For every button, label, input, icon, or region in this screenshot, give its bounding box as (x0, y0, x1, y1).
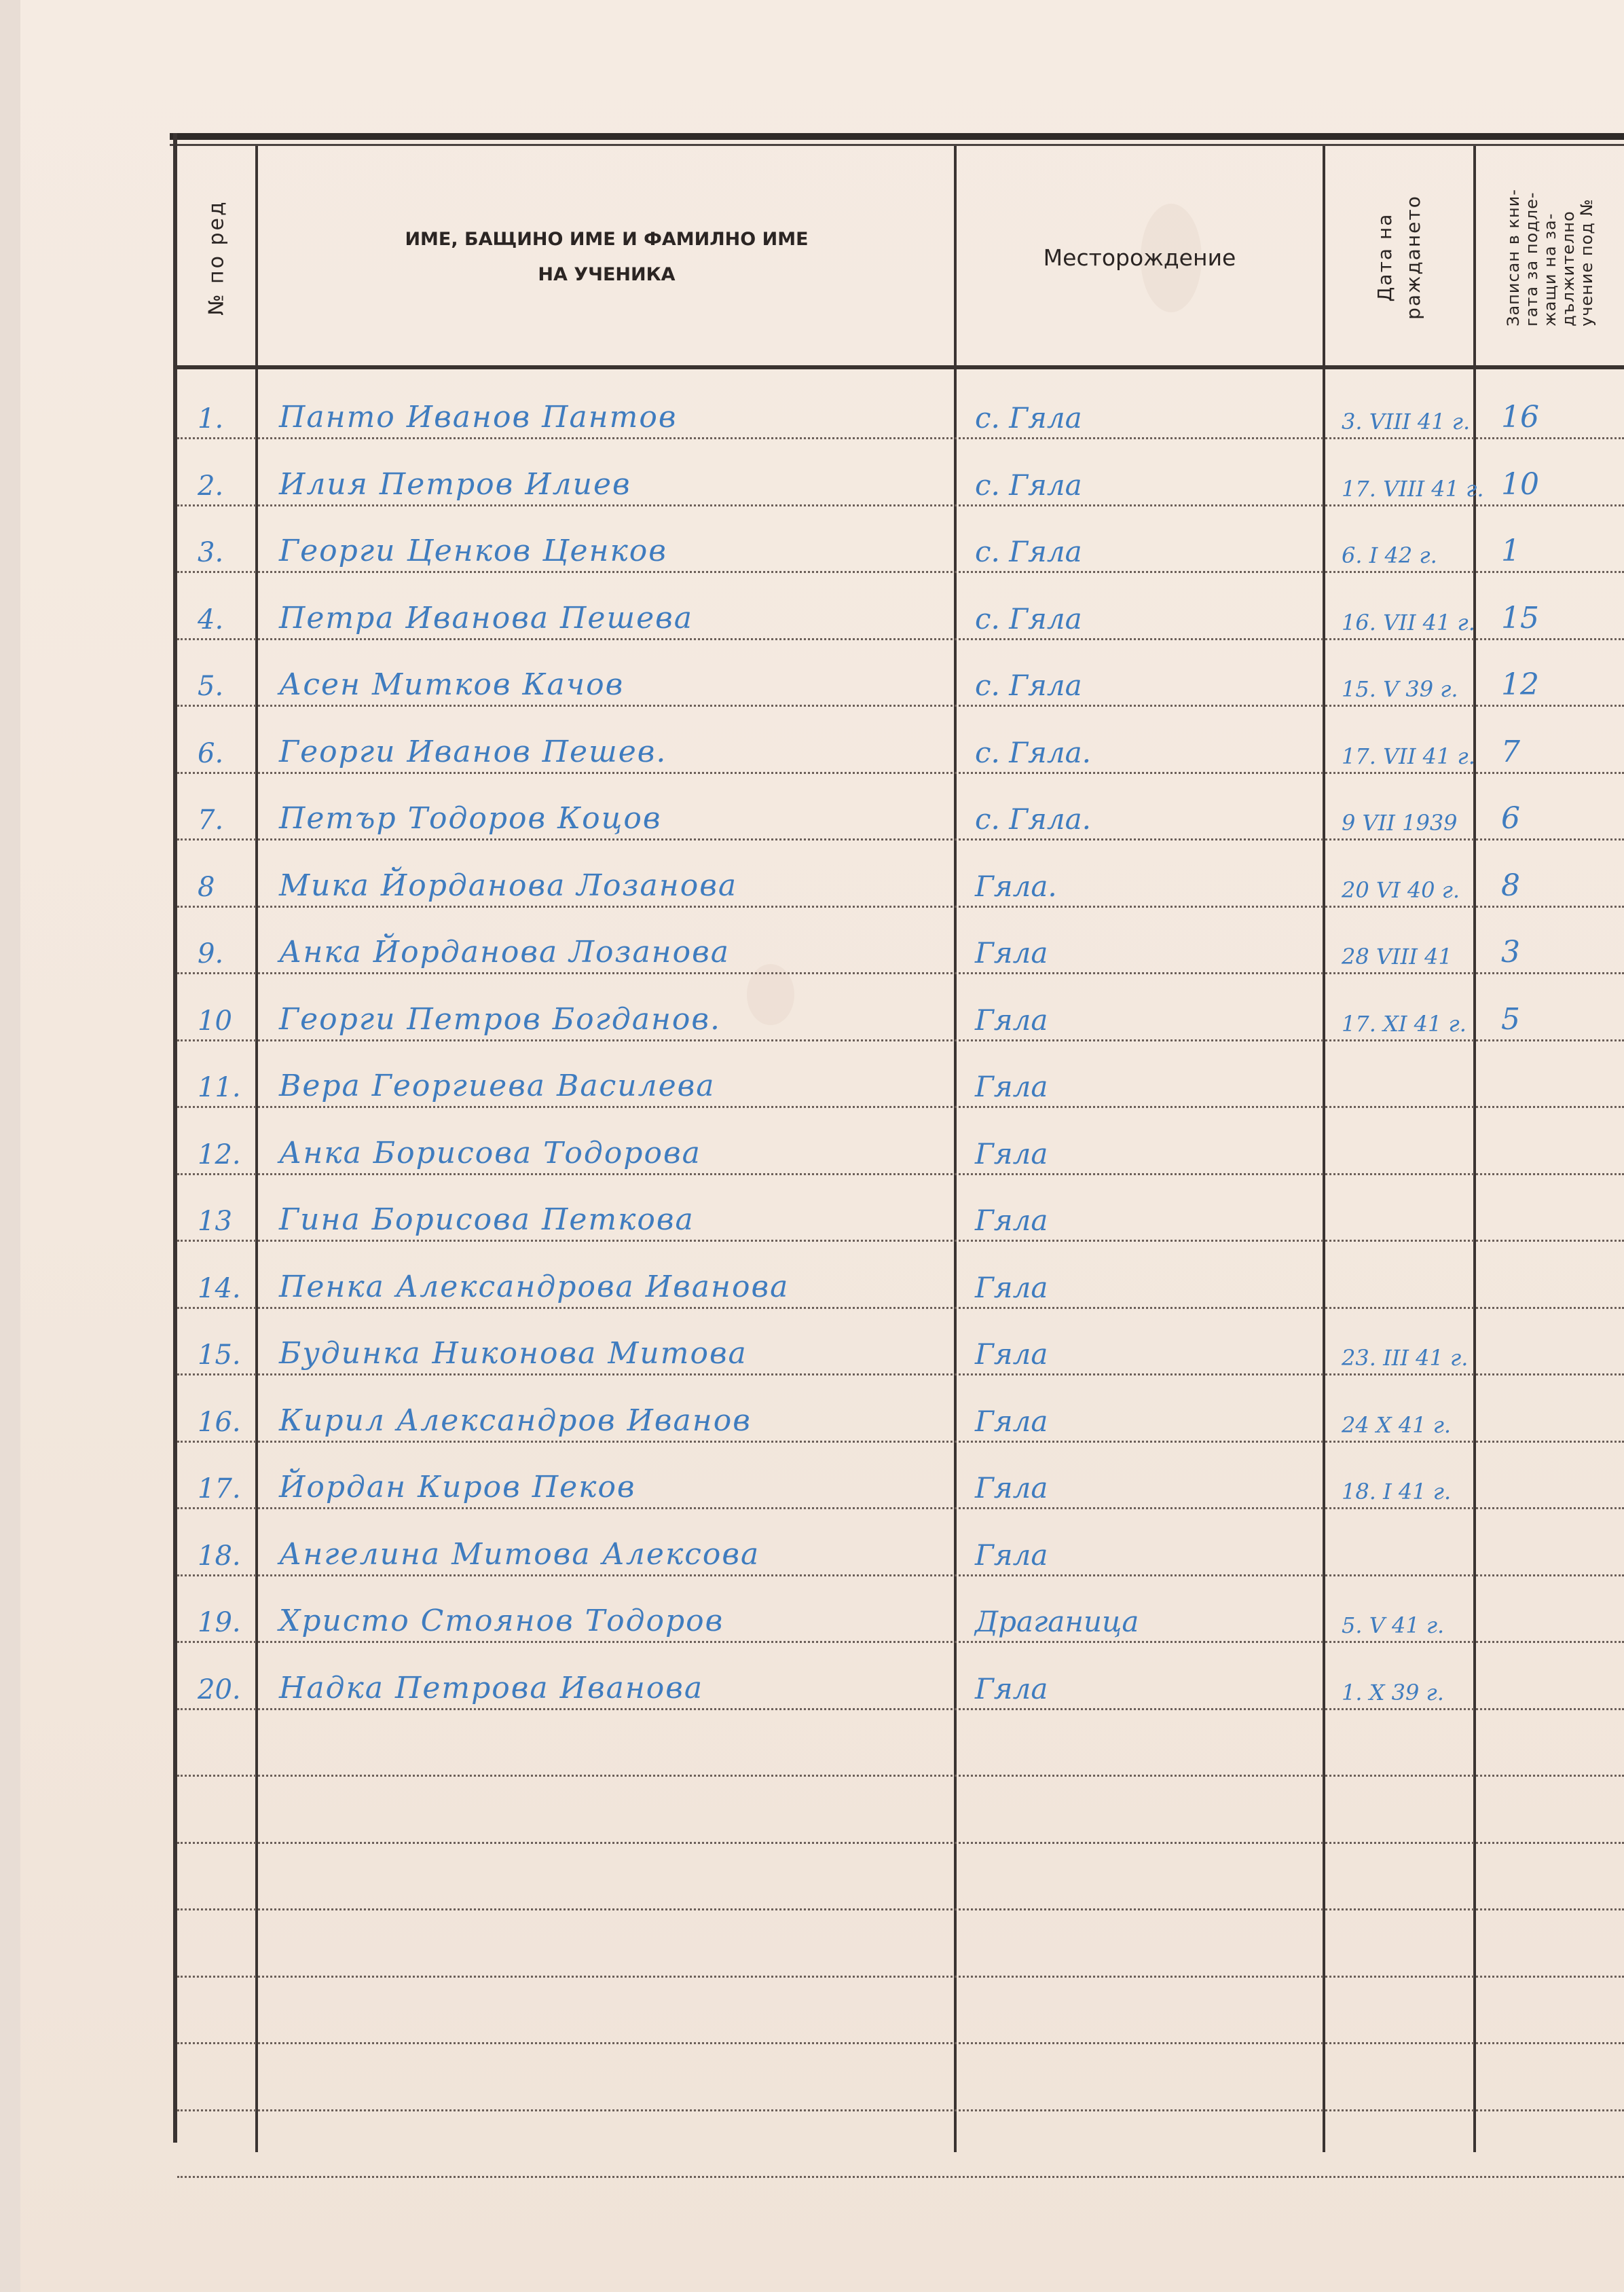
row-number: 9. (198, 938, 223, 969)
birthplace: с. Гяла. (975, 736, 1091, 769)
row-number: 12. (198, 1139, 241, 1170)
row-number: 5. (198, 671, 223, 702)
header-record-number-label: Записан в кни- гата за подле- жащи на за… (1504, 189, 1595, 327)
header-row-number-label: № по ред (205, 200, 229, 315)
birthplace: Гяла (975, 1471, 1048, 1504)
table-row: 18. Ангелина Митова Алексова Гяла (177, 1509, 1624, 1576)
table-row: 19. Христо Стоянов Тодоров Драганица 5. … (177, 1576, 1624, 1643)
row-number: 20. (198, 1674, 241, 1705)
row-number: 6. (198, 738, 223, 769)
table-row (177, 2044, 1624, 2111)
birthplace: Гяла (975, 1271, 1048, 1304)
table-row (177, 1977, 1624, 2044)
student-name: Мика Йорданова Лозанова (279, 868, 737, 903)
row-number: 2. (198, 470, 223, 502)
birthdate: 16. VII 41 г. (1342, 610, 1475, 635)
paper-edge (0, 0, 22, 2292)
header-record-line2: гата за подле- (1522, 189, 1540, 327)
table-row (177, 1709, 1624, 1777)
table-row: 12. Анка Борисова Тодорова Гяла (177, 1108, 1624, 1175)
birthdate: 24 X 41 г. (1342, 1412, 1451, 1438)
record-number: 15 (1501, 601, 1539, 635)
header-bottom-rule (173, 365, 1624, 369)
birthdate: 9 VII 1939 (1342, 810, 1458, 836)
birthplace: Гяла (975, 1538, 1048, 1572)
student-name: Вера Георгиева Василева (279, 1069, 715, 1103)
student-name: Анка Йорданова Лозанова (279, 935, 730, 969)
table-row: 8 Мика Йорданова Лозанова Гяла. 20 VI 40… (177, 840, 1624, 908)
row-number: 1. (198, 403, 223, 435)
row-number: 18. (198, 1540, 241, 1572)
row-number: 16. (198, 1407, 241, 1438)
table-row: 10 Георги Петров Богданов. Гяла 17. XI 4… (177, 974, 1624, 1041)
header-birthdate-line2: раждането (1399, 195, 1428, 320)
birthplace: с. Гяла. (975, 802, 1091, 836)
record-number: 7 (1501, 735, 1520, 769)
student-name: Илия Петров Илиев (279, 467, 631, 502)
birthplace: Гяла (975, 1337, 1048, 1371)
table-row: 5. Асен Митков Качов с. Гяла 15. V 39 г.… (177, 640, 1624, 707)
record-number: 5 (1501, 1002, 1520, 1037)
birthdate: 28 VIII 41 (1342, 944, 1452, 969)
birthplace: Гяла (975, 1003, 1048, 1037)
birthdate: 6. I 42 г. (1342, 542, 1437, 568)
birthdate: 1. X 39 г. (1342, 1680, 1444, 1705)
table-row: 1. Панто Иванов Пантов с. Гяла 3. VIII 4… (177, 372, 1624, 439)
birthdate: 17. XI 41 г. (1342, 1011, 1466, 1037)
record-number: 16 (1501, 400, 1539, 435)
table-row: 9. Анка Йорданова Лозанова Гяла 28 VIII … (177, 907, 1624, 974)
birthdate: 5. V 41 г. (1342, 1612, 1444, 1638)
student-name: Георги Ценков Ценков (279, 534, 667, 568)
record-number: 10 (1501, 467, 1539, 502)
table-row: 13 Гина Борисова Петкова Гяла (177, 1175, 1624, 1242)
student-name: Петра Иванова Пешева (279, 601, 693, 635)
table-row: 6. Георги Иванов Пешев. с. Гяла. 17. VII… (177, 707, 1624, 774)
table-row: 20. Надка Петрова Иванова Гяла 1. X 39 г… (177, 1643, 1624, 1710)
row-number: 11. (198, 1072, 241, 1103)
record-number: 1 (1501, 534, 1520, 568)
row-number: 14. (198, 1273, 241, 1304)
header-birthdate-label: Дата на раждането (1371, 195, 1428, 320)
table-row: 15. Будинка Никонова Митова Гяла 23. III… (177, 1308, 1624, 1375)
birthdate: 3. VIII 41 г. (1342, 409, 1470, 435)
birthplace: с. Гяла (975, 535, 1082, 568)
table-row: 17. Йордан Киров Пеков Гяла 18. I 41 г. (177, 1442, 1624, 1509)
header-record-line3: жащи на за- (1540, 189, 1559, 327)
student-name: Ангелина Митова Алексова (279, 1537, 760, 1572)
birthplace: Драганица (975, 1605, 1139, 1638)
birthplace: с. Гяла (975, 602, 1082, 635)
table-row: 4. Петра Иванова Пешева с. Гяла 16. VII … (177, 573, 1624, 640)
header-birthdate: Дата на раждането (1325, 149, 1473, 365)
header-birthdate-line1: Дата на (1371, 195, 1399, 320)
birthplace: Гяла (975, 1070, 1048, 1103)
row-number: 15. (198, 1339, 241, 1371)
student-name: Надка Петрова Иванова (279, 1671, 703, 1705)
table-row (177, 1910, 1624, 1978)
table-row (177, 1843, 1624, 1910)
table-row: 11. Вера Георгиева Василева Гяла (177, 1041, 1624, 1108)
student-name: Асен Митков Качов (279, 667, 624, 702)
birthplace: с. Гяла (975, 669, 1082, 702)
row-number: 4. (198, 604, 223, 635)
birthdate: 17. VIII 41 г. (1342, 476, 1484, 502)
header-birthplace-label: Месторождение (1044, 244, 1236, 271)
birthplace: Гяла. (975, 870, 1057, 903)
birthplace: Гяла (975, 1204, 1048, 1237)
row-number: 3. (198, 537, 223, 568)
student-name: Анка Борисова Тодорова (279, 1136, 701, 1170)
student-name: Христо Стоянов Тодоров (279, 1604, 724, 1638)
header-student-name-line1: ИМЕ, БАЩИНО ИМЕ И ФАМИЛНО ИМЕ (405, 222, 808, 257)
birthplace: Гяла (975, 1405, 1048, 1438)
header-student-name: ИМЕ, БАЩИНО ИМЕ И ФАМИЛНО ИМЕ НА УЧЕНИКА (259, 149, 954, 365)
birthdate: 23. III 41 г. (1342, 1345, 1468, 1371)
student-name: Петър Тодоров Коцов (279, 801, 661, 836)
birthdate: 17. VII 41 г. (1342, 743, 1475, 769)
table-row: 3. Георги Ценков Ценков с. Гяла 6. I 42 … (177, 506, 1624, 573)
header-record-line1: Записан в кни- (1504, 189, 1522, 327)
student-name: Панто Иванов Пантов (279, 400, 677, 435)
header-student-name-line2: НА УЧЕНИКА (538, 257, 675, 293)
row-number: 17. (198, 1473, 241, 1504)
row-number: 8 (198, 872, 215, 903)
student-name: Будинка Никонова Митова (279, 1336, 748, 1371)
table-row (177, 2111, 1624, 2178)
record-number: 3 (1501, 935, 1520, 969)
header-record-line4: дължително (1559, 189, 1577, 327)
header-row-number: № по ред (177, 149, 257, 365)
birthdate: 20 VI 40 г. (1342, 877, 1460, 903)
record-number: 12 (1501, 667, 1539, 702)
student-name: Георги Иванов Пешев. (279, 735, 667, 769)
student-name: Георги Петров Богданов. (279, 1002, 721, 1037)
birthplace: с. Гяла (975, 401, 1082, 435)
student-name: Йордан Киров Пеков (279, 1470, 636, 1504)
birthdate: 18. I 41 г. (1342, 1479, 1451, 1504)
header-record-line5: учение под № (1577, 189, 1595, 327)
birthplace: Гяла (975, 936, 1048, 969)
row-number: 13 (198, 1206, 232, 1237)
birthplace: с. Гяла (975, 468, 1082, 502)
header-birthplace: Месторождение (957, 149, 1323, 365)
student-name: Гина Борисова Петкова (279, 1202, 695, 1237)
table-row: 2. Илия Петров Илиев с. Гяла 17. VIII 41… (177, 439, 1624, 506)
row-number: 7. (198, 805, 223, 836)
birthplace: Гяла (975, 1137, 1048, 1170)
header-record-number: Записан в кни- гата за подле- жащи на за… (1476, 149, 1624, 365)
table-row: 16. Кирил Александров Иванов Гяла 24 X 4… (177, 1375, 1624, 1443)
table-row: 14. Пенка Александрова Иванова Гяла (177, 1242, 1624, 1309)
table-row: 7. Петър Тодоров Коцов с. Гяла. 9 VII 19… (177, 773, 1624, 840)
birthplace: Гяла (975, 1672, 1048, 1705)
student-name: Пенка Александрова Иванова (279, 1270, 789, 1304)
row-number: 10 (198, 1005, 232, 1037)
record-number: 6 (1501, 801, 1520, 836)
student-name: Кирил Александров Иванов (279, 1403, 752, 1438)
table-row (177, 1777, 1624, 1844)
row-number: 19. (198, 1607, 241, 1638)
birthdate: 15. V 39 г. (1342, 676, 1458, 702)
record-number: 8 (1501, 868, 1520, 903)
